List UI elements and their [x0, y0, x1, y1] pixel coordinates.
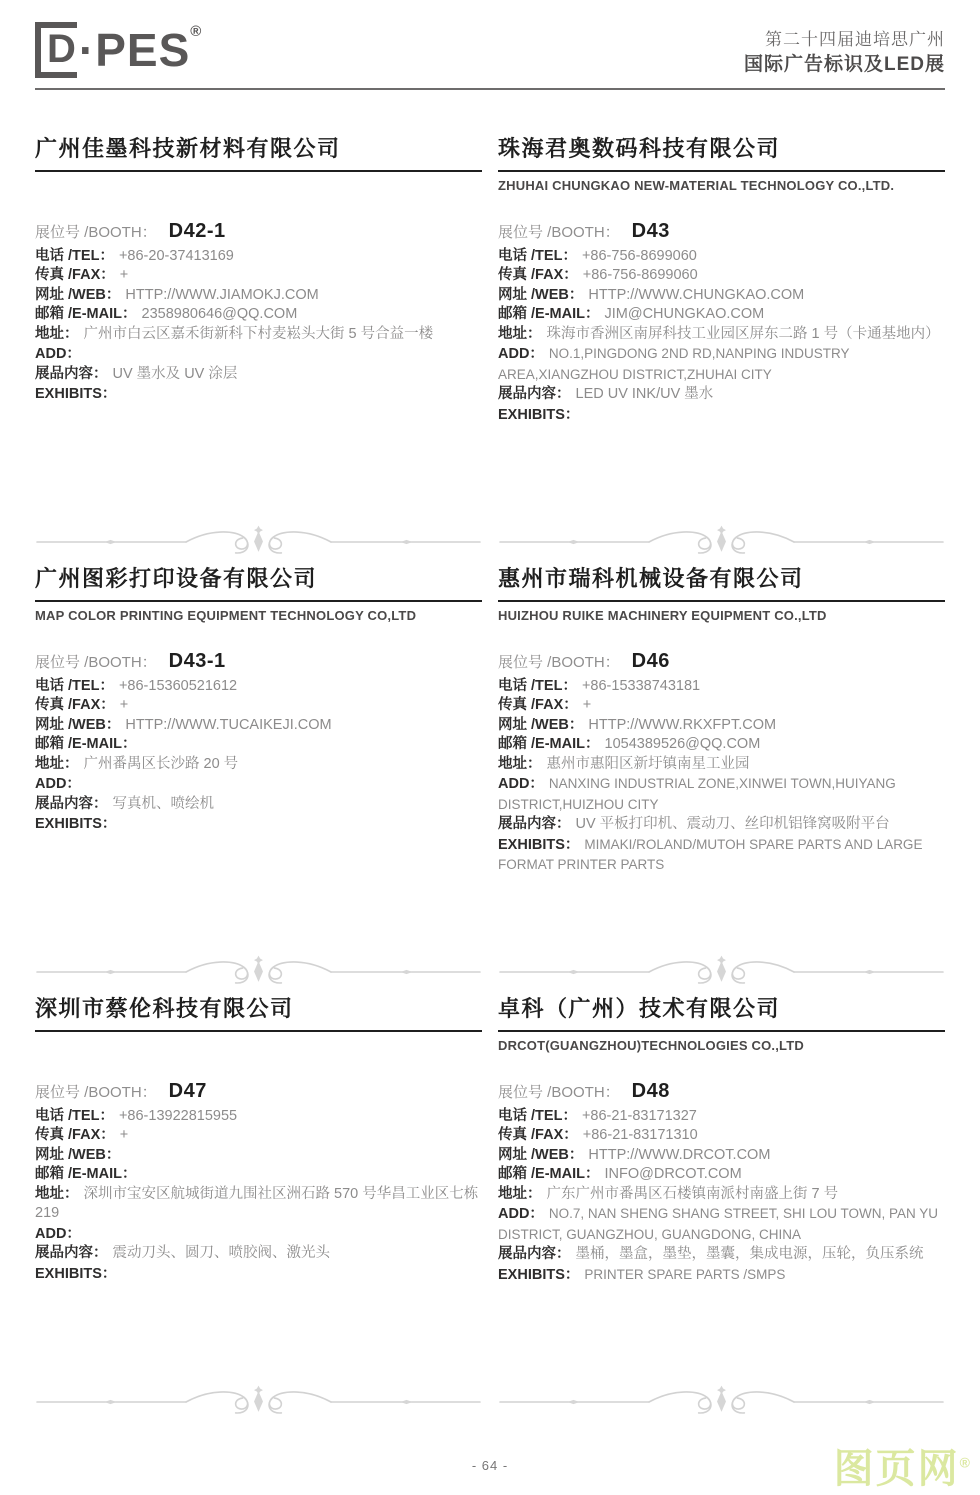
exhibits-cn-row: 展品内容：UV 平板打印机、震动刀、丝印机铝锋窝吸附平台 — [498, 815, 945, 835]
company-card: 卓科（广州）技术有限公司 DRCOT(GUANGZHOU)TECHNOLOGIE… — [498, 992, 945, 1382]
address-cn-value: 惠州市惠阳区新圩镇南星工业园 — [547, 756, 750, 772]
exhibits-en-label: EXHIBITS： — [35, 816, 116, 832]
exhibits-cn-label: 展品内容： — [498, 1246, 571, 1262]
web-value: HTTP://WWW.JIAMOKJ.COM — [125, 287, 318, 303]
tel-value: +86-13922815955 — [119, 1108, 237, 1124]
booth-row: 展位号 /BOOTH：D43 — [498, 222, 945, 244]
company-fields: 展位号 /BOOTH：D43 电话 /TEL：+86-756-8699060 传… — [498, 222, 945, 425]
tel-label: 电话 /TEL： — [498, 678, 577, 694]
company-fields: 展位号 /BOOTH：D43-1 电话 /TEL：+86-15360521612… — [35, 652, 482, 835]
booth-row: 展位号 /BOOTH：D42-1 — [35, 222, 482, 244]
email-label: 邮箱 /E-MAIL： — [35, 736, 137, 752]
email-row: 邮箱 /E-MAIL： — [35, 1165, 482, 1185]
address-cn-value: 珠海市香洲区南屏科技工业园区屏东二路 1 号（卡通基地内） — [547, 326, 940, 342]
booth-label: 展位号 /BOOTH： — [35, 224, 157, 241]
booth-label: 展位号 /BOOTH： — [35, 654, 157, 671]
address-cn-row: 地址：惠州市惠阳区新圩镇南星工业园 — [498, 755, 945, 775]
web-row: 网址 /WEB：HTTP://WWW.RKXFPT.COM — [498, 716, 945, 736]
web-value: HTTP://WWW.RKXFPT.COM — [588, 717, 776, 733]
company-name-en: ZHUHAI CHUNGKAO NEW-MATERIAL TECHNOLOGY … — [498, 178, 945, 198]
company-directory: 广州佳墨科技新材料有限公司 展位号 /BOOTH：D42-1 电话 /TEL：+… — [35, 132, 945, 1422]
exhibits-cn-label: 展品内容： — [35, 366, 108, 382]
exhibits-cn-row: 展品内容：UV 墨水及 UV 涂层 — [35, 365, 482, 385]
exhibits-en-label: EXHIBITS： — [35, 1266, 116, 1282]
email-label: 邮箱 /E-MAIL： — [35, 1166, 137, 1182]
address-cn-label: 地址： — [35, 1186, 79, 1202]
flourish-ornament-icon — [35, 1385, 482, 1419]
flourish-divider — [498, 952, 945, 992]
booth-number: D47 — [169, 1080, 207, 1102]
company-card: 广州图彩打印设备有限公司 MAP COLOR PRINTING EQUIPMEN… — [35, 562, 482, 952]
flourish-ornament-icon — [498, 955, 945, 989]
booth-row: 展位号 /BOOTH：D48 — [498, 1082, 945, 1104]
tel-value: +86-15338743181 — [582, 678, 700, 694]
exhibits-cn-label: 展品内容： — [35, 1245, 108, 1261]
expo-title-line1: 第二十四届迪培思广州 — [744, 29, 945, 52]
company-name-cn: 卓科（广州）技术有限公司 — [498, 992, 945, 1032]
company-name-en: DRCOT(GUANGZHOU)TECHNOLOGIES CO.,LTD — [498, 1038, 945, 1058]
address-en-label: ADD： — [35, 776, 81, 792]
address-cn-label: 地址： — [35, 326, 79, 342]
exhibits-cn-value: UV 墨水及 UV 涂层 — [113, 366, 238, 382]
exhibits-cn-row: 展品内容：写真机、喷绘机 — [35, 795, 482, 815]
tel-value: +86-20-37413169 — [119, 248, 234, 264]
address-en-value: NO.1,PINGDONG 2ND RD,NANPING INDUSTRY AR… — [498, 346, 849, 382]
fax-value: + — [120, 697, 128, 713]
web-row: 网址 /WEB：HTTP://WWW.DRCOT.COM — [498, 1146, 945, 1166]
booth-label: 展位号 /BOOTH： — [498, 224, 620, 241]
exhibits-en-row: EXHIBITS：MIMAKI/ROLAND/MUTOH SPARE PARTS… — [498, 835, 945, 876]
web-label: 网址 /WEB： — [35, 287, 120, 303]
exhibits-en-label: EXHIBITS： — [498, 837, 579, 853]
fax-value: +86-21-83171310 — [583, 1127, 698, 1143]
exhibits-en-value: PRINTER SPARE PARTS /SMPS — [584, 1267, 785, 1282]
web-label: 网址 /WEB： — [35, 1147, 120, 1163]
company-fields: 展位号 /BOOTH：D47 电话 /TEL：+86-13922815955 传… — [35, 1082, 482, 1284]
email-value: INFO@DRCOT.COM — [605, 1166, 742, 1182]
address-en-label: ADD： — [498, 346, 544, 362]
exhibits-en-label: EXHIBITS： — [498, 1267, 579, 1283]
booth-number: D42-1 — [169, 220, 226, 242]
flourish-ornament-icon — [498, 1385, 945, 1419]
exhibits-en-row: EXHIBITS： — [35, 814, 482, 835]
web-value: HTTP://WWW.CHUNGKAO.COM — [588, 287, 804, 303]
exhibits-cn-value: 墨桶，墨盒，墨垫，墨囊，集成电源，压轮，负压系统 — [576, 1246, 924, 1262]
email-label: 邮箱 /E-MAIL： — [35, 306, 137, 322]
flourish-divider — [498, 1382, 945, 1422]
web-label: 网址 /WEB： — [35, 717, 120, 733]
address-en-label: ADD： — [498, 1206, 544, 1222]
address-en-label: ADD： — [35, 1226, 81, 1242]
email-row: 邮箱 /E-MAIL： — [35, 735, 482, 755]
company-card: 珠海君奥数码科技有限公司 ZHUHAI CHUNGKAO NEW-MATERIA… — [498, 132, 945, 522]
address-cn-value: 广州市白云区嘉禾街新科下村麦崧头大街 5 号合益一楼 — [84, 326, 434, 342]
web-label: 网址 /WEB： — [498, 717, 583, 733]
web-label: 网址 /WEB： — [498, 287, 583, 303]
address-cn-row: 地址：珠海市香洲区南屏科技工业园区屏东二路 1 号（卡通基地内） — [498, 325, 945, 345]
flourish-divider — [35, 522, 482, 562]
address-en-value: NO.7, NAN SHENG SHANG STREET, SHI LOU TO… — [498, 1206, 938, 1242]
email-row: 邮箱 /E-MAIL：INFO@DRCOT.COM — [498, 1165, 945, 1185]
expo-title: 第二十四届迪培思广州 国际广告标识及LED展 — [744, 29, 945, 78]
tel-value: +86-756-8699060 — [582, 248, 697, 264]
exhibits-cn-label: 展品内容： — [498, 816, 571, 832]
fax-row: 传真 /FAX：+ — [35, 266, 482, 286]
flourish-divider — [35, 952, 482, 992]
tel-row: 电话 /TEL：+86-15360521612 — [35, 677, 482, 697]
email-row: 邮箱 /E-MAIL：JIM@CHUNGKAO.COM — [498, 305, 945, 325]
fax-row: 传真 /FAX：+86-756-8699060 — [498, 266, 945, 286]
email-value: 2358980646@QQ.COM — [142, 306, 298, 322]
flourish-divider — [35, 1382, 482, 1422]
tel-row: 电话 /TEL：+86-15338743181 — [498, 677, 945, 697]
booth-number: D43-1 — [169, 650, 226, 672]
web-row: 网址 /WEB：HTTP://WWW.TUCAIKEJI.COM — [35, 716, 482, 736]
email-row: 邮箱 /E-MAIL：1054389526@QQ.COM — [498, 735, 945, 755]
exhibits-cn-value: LED UV INK/UV 墨水 — [576, 386, 714, 402]
exhibits-en-row: EXHIBITS： — [35, 1264, 482, 1285]
company-card: 深圳市蔡伦科技有限公司 展位号 /BOOTH：D47 电话 /TEL：+86-1… — [35, 992, 482, 1382]
tel-row: 电话 /TEL：+86-21-83171327 — [498, 1107, 945, 1127]
address-cn-row: 地址：广州市白云区嘉禾街新科下村麦崧头大街 5 号合益一楼 — [35, 325, 482, 345]
booth-label: 展位号 /BOOTH： — [35, 1084, 157, 1101]
logo-d-mark: D — [35, 22, 77, 78]
flourish-ornament-icon — [35, 525, 482, 559]
fax-label: 传真 /FAX： — [498, 267, 578, 283]
exhibits-cn-value: 震动刀头、圆刀、喷胶阀、激光头 — [113, 1245, 331, 1261]
email-label: 邮箱 /E-MAIL： — [498, 1166, 600, 1182]
company-card: 惠州市瑞科机械设备有限公司 HUIZHOU RUIKE MACHINERY EQ… — [498, 562, 945, 952]
watermark-registered-icon: ® — [960, 1455, 972, 1471]
address-cn-label: 地址： — [35, 756, 79, 772]
booth-number: D46 — [632, 650, 670, 672]
exhibits-en-label: EXHIBITS： — [35, 386, 116, 402]
company-name-en — [35, 178, 482, 198]
tel-row: 电话 /TEL：+86-20-37413169 — [35, 247, 482, 267]
company-fields: 展位号 /BOOTH：D46 电话 /TEL：+86-15338743181 传… — [498, 652, 945, 876]
booth-label: 展位号 /BOOTH： — [498, 1084, 620, 1101]
address-en-row: ADD： — [35, 1224, 482, 1245]
tel-row: 电话 /TEL：+86-13922815955 — [35, 1107, 482, 1127]
exhibits-en-row: EXHIBITS： — [498, 405, 945, 426]
tel-label: 电话 /TEL： — [498, 248, 577, 264]
booth-row: 展位号 /BOOTH：D46 — [498, 652, 945, 674]
address-cn-value: 广东广州市番禺区石楼镇南派村南盛上街 7 号 — [547, 1186, 839, 1202]
email-value: 1054389526@QQ.COM — [605, 736, 761, 752]
address-cn-label: 地址： — [498, 1186, 542, 1202]
company-card: 广州佳墨科技新材料有限公司 展位号 /BOOTH：D42-1 电话 /TEL：+… — [35, 132, 482, 522]
web-label: 网址 /WEB： — [498, 1147, 583, 1163]
watermark-text: 图页网 — [834, 1447, 960, 1491]
company-name-en: HUIZHOU RUIKE MACHINERY EQUIPMENT CO.,LT… — [498, 608, 945, 628]
web-row: 网址 /WEB：HTTP://WWW.JIAMOKJ.COM — [35, 286, 482, 306]
fax-value: + — [120, 1127, 128, 1143]
fax-value: + — [120, 267, 128, 283]
exhibits-en-label: EXHIBITS： — [498, 407, 579, 423]
dpes-logo: D ·PES ® — [35, 22, 201, 78]
address-en-label: ADD： — [498, 776, 544, 792]
web-value: HTTP://WWW.DRCOT.COM — [588, 1147, 770, 1163]
registered-mark-icon: ® — [190, 24, 201, 39]
exhibits-cn-row: 展品内容：LED UV INK/UV 墨水 — [498, 385, 945, 405]
address-cn-row: 地址：广州番禺区长沙路 20 号 — [35, 755, 482, 775]
address-en-value: NANXING INDUSTRIAL ZONE,XINWEI TOWN,HUIY… — [498, 776, 896, 812]
logo-text: ·PES — [79, 27, 190, 73]
address-cn-row: 地址：广东广州市番禺区石楼镇南派村南盛上街 7 号 — [498, 1185, 945, 1205]
email-label: 邮箱 /E-MAIL： — [498, 306, 600, 322]
email-label: 邮箱 /E-MAIL： — [498, 736, 600, 752]
fax-label: 传真 /FAX： — [35, 267, 115, 283]
tel-label: 电话 /TEL： — [498, 1108, 577, 1124]
company-fields: 展位号 /BOOTH：D42-1 电话 /TEL：+86-20-37413169… — [35, 222, 482, 405]
booth-number: D48 — [632, 1080, 670, 1102]
tel-row: 电话 /TEL：+86-756-8699060 — [498, 247, 945, 267]
flourish-divider — [498, 522, 945, 562]
address-cn-value: 广州番禺区长沙路 20 号 — [84, 756, 239, 772]
address-en-row: ADD：NO.7, NAN SHENG SHANG STREET, SHI LO… — [498, 1204, 945, 1245]
tuyewang-watermark: 图页网® — [834, 1449, 972, 1489]
fax-row: 传真 /FAX：+ — [35, 696, 482, 716]
fax-label: 传真 /FAX： — [35, 697, 115, 713]
page-header: D ·PES ® 第二十四届迪培思广州 国际广告标识及LED展 — [35, 0, 945, 90]
fax-value: + — [583, 697, 591, 713]
email-value: JIM@CHUNGKAO.COM — [605, 306, 765, 322]
tel-value: +86-21-83171327 — [582, 1108, 697, 1124]
company-fields: 展位号 /BOOTH：D48 电话 /TEL：+86-21-83171327 传… — [498, 1082, 945, 1285]
tel-label: 电话 /TEL： — [35, 248, 114, 264]
tel-label: 电话 /TEL： — [35, 678, 114, 694]
exhibits-cn-value: 写真机、喷绘机 — [113, 796, 215, 812]
exhibits-cn-label: 展品内容： — [35, 796, 108, 812]
exhibits-en-row: EXHIBITS：PRINTER SPARE PARTS /SMPS — [498, 1265, 945, 1286]
exhibits-cn-value: UV 平板打印机、震动刀、丝印机铝锋窝吸附平台 — [576, 816, 890, 832]
company-name-cn: 深圳市蔡伦科技有限公司 — [35, 992, 482, 1032]
address-en-row: ADD： — [35, 774, 482, 795]
fax-row: 传真 /FAX：+ — [498, 696, 945, 716]
company-name-cn: 广州佳墨科技新材料有限公司 — [35, 132, 482, 172]
web-row: 网址 /WEB： — [35, 1146, 482, 1166]
flourish-ornament-icon — [35, 955, 482, 989]
fax-row: 传真 /FAX：+ — [35, 1126, 482, 1146]
company-name-en: MAP COLOR PRINTING EQUIPMENT TECHNOLOGY … — [35, 608, 482, 628]
exhibits-cn-label: 展品内容： — [498, 386, 571, 402]
address-en-row: ADD： — [35, 344, 482, 365]
expo-title-line2: 国际广告标识及LED展 — [744, 52, 945, 78]
booth-row: 展位号 /BOOTH：D47 — [35, 1082, 482, 1104]
address-cn-row: 地址：深圳市宝安区航城街道九围社区洲石路 570 号华昌工业区七栋 219 — [35, 1185, 482, 1224]
address-cn-label: 地址： — [498, 326, 542, 342]
address-en-row: ADD：NO.1,PINGDONG 2ND RD,NANPING INDUSTR… — [498, 344, 945, 385]
address-en-label: ADD： — [35, 346, 81, 362]
exhibits-en-row: EXHIBITS： — [35, 384, 482, 405]
booth-number: D43 — [632, 220, 670, 242]
booth-row: 展位号 /BOOTH：D43-1 — [35, 652, 482, 674]
address-cn-value: 深圳市宝安区航城街道九围社区洲石路 570 号华昌工业区七栋 219 — [35, 1186, 478, 1222]
exhibits-cn-row: 展品内容：墨桶，墨盒，墨垫，墨囊，集成电源，压轮，负压系统 — [498, 1245, 945, 1265]
company-name-cn: 广州图彩打印设备有限公司 — [35, 562, 482, 602]
tel-label: 电话 /TEL： — [35, 1108, 114, 1124]
web-value: HTTP://WWW.TUCAIKEJI.COM — [125, 717, 331, 733]
booth-label: 展位号 /BOOTH： — [498, 654, 620, 671]
fax-label: 传真 /FAX： — [498, 1127, 578, 1143]
web-row: 网址 /WEB：HTTP://WWW.CHUNGKAO.COM — [498, 286, 945, 306]
fax-label: 传真 /FAX： — [35, 1127, 115, 1143]
company-name-cn: 惠州市瑞科机械设备有限公司 — [498, 562, 945, 602]
fax-row: 传真 /FAX：+86-21-83171310 — [498, 1126, 945, 1146]
tel-value: +86-15360521612 — [119, 678, 237, 694]
exhibits-cn-row: 展品内容：震动刀头、圆刀、喷胶阀、激光头 — [35, 1244, 482, 1264]
fax-label: 传真 /FAX： — [498, 697, 578, 713]
fax-value: +86-756-8699060 — [583, 267, 698, 283]
email-row: 邮箱 /E-MAIL：2358980646@QQ.COM — [35, 305, 482, 325]
company-name-en — [35, 1038, 482, 1058]
company-name-cn: 珠海君奥数码科技有限公司 — [498, 132, 945, 172]
address-en-row: ADD：NANXING INDUSTRIAL ZONE,XINWEI TOWN,… — [498, 774, 945, 815]
address-cn-label: 地址： — [498, 756, 542, 772]
flourish-ornament-icon — [498, 525, 945, 559]
